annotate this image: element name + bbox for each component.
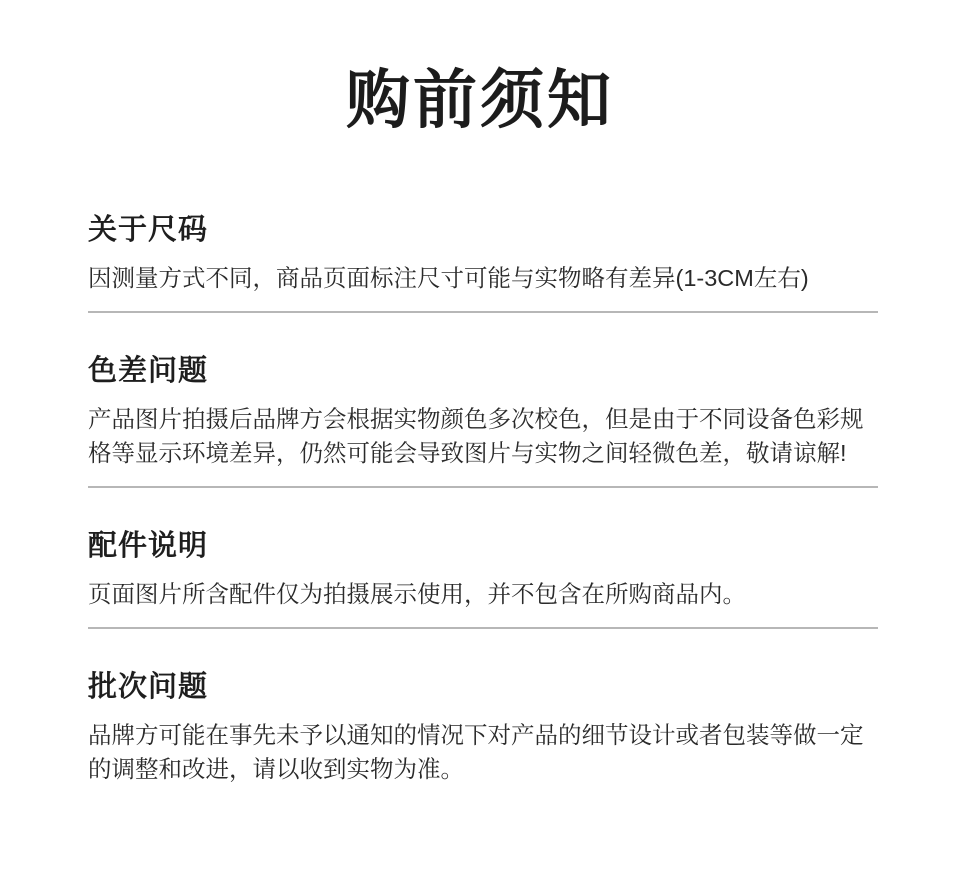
section-batch-body: 品牌方可能在事先未予以通知的情况下对产品的细节设计或者包装等做一定的调整和改进，…	[82, 718, 878, 786]
section-accessories-heading: 配件说明	[82, 528, 878, 564]
section-color-difference-body: 产品图片拍摄后品牌方会根据实物颜色多次校色，但是由于不同设备色彩规格等显示环境差…	[82, 402, 878, 470]
section-batch: 批次问题 品牌方可能在事先未予以通知的情况下对产品的细节设计或者包装等做一定的调…	[82, 669, 878, 786]
page-title: 购前须知	[82, 0, 878, 142]
section-accessories-body: 页面图片所含配件仅为拍摄展示使用，并不包含在所购商品内。	[82, 577, 878, 611]
section-divider	[88, 627, 878, 629]
section-sizing-heading: 关于尺码	[82, 212, 878, 248]
section-accessories: 配件说明 页面图片所含配件仅为拍摄展示使用，并不包含在所购商品内。	[82, 528, 878, 629]
section-sizing: 关于尺码 因测量方式不同，商品页面标注尺寸可能与实物略有差异(1-3CM左右)	[82, 212, 878, 313]
section-batch-heading: 批次问题	[82, 669, 878, 705]
pre-purchase-notice-page: 购前须知 关于尺码 因测量方式不同，商品页面标注尺寸可能与实物略有差异(1-3C…	[0, 0, 960, 874]
section-color-difference-heading: 色差问题	[82, 353, 878, 389]
section-sizing-body: 因测量方式不同，商品页面标注尺寸可能与实物略有差异(1-3CM左右)	[82, 261, 878, 295]
section-divider	[88, 311, 878, 313]
section-divider	[88, 486, 878, 488]
section-color-difference: 色差问题 产品图片拍摄后品牌方会根据实物颜色多次校色，但是由于不同设备色彩规格等…	[82, 353, 878, 488]
